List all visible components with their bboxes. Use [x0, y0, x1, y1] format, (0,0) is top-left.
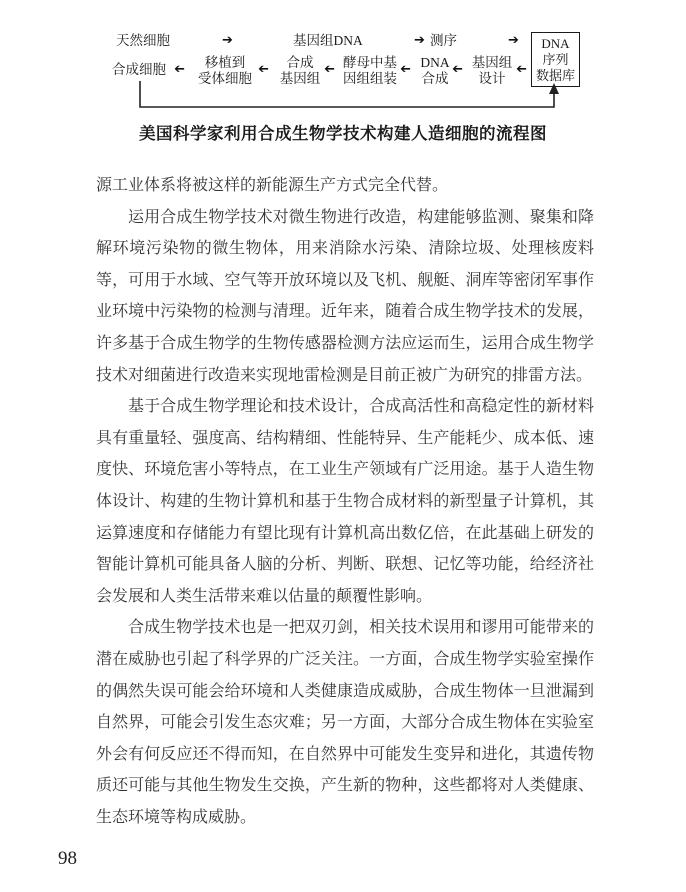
- paragraph: 合成生物学技术也是一把双刃剑，相关技术误用和谬用可能带来的潜在威胁也引起了科学界…: [96, 612, 594, 833]
- node-genome-design: 基因组 设计: [466, 55, 518, 86]
- node-yeast-genome-assembly: 酵母中基 因组组装: [340, 55, 400, 86]
- arrow-right-icon: ➔: [222, 33, 233, 49]
- node-label-line: 基因组: [280, 71, 321, 86]
- arrow-left-icon: ➔: [452, 62, 463, 78]
- arrow-right-icon: ➔: [414, 33, 425, 49]
- node-label-line: 基因组: [472, 55, 513, 70]
- page-number: 98: [58, 848, 77, 870]
- article-body: 源工业体系将被这样的新能源生产方式完全代替。 运用合成生物学技术对微生物进行改造…: [96, 170, 594, 833]
- paragraph: 运用合成生物学技术对微生物进行改造，构建能够监测、聚集和降解环境污染物的微生物体…: [96, 202, 594, 392]
- arrow-left-icon: ➔: [516, 62, 527, 78]
- arrow-left-icon: ➔: [258, 62, 269, 78]
- node-label-line: DNA: [420, 55, 449, 70]
- node-dna-synthesis: DNA 合成: [415, 55, 455, 86]
- node-dna-sequence-database: DNA 序列 数据库: [531, 32, 580, 87]
- arrow-left-icon: ➔: [174, 62, 185, 78]
- node-label-line: 合成: [422, 71, 449, 86]
- node-sequencing: 测序: [430, 33, 457, 49]
- arrow-left-icon: ➔: [324, 62, 335, 78]
- node-transplant-to-recipient-cell: 移植到 受体细胞: [194, 55, 256, 86]
- db-box-line: DNA: [541, 36, 569, 52]
- db-box-line: 序列: [542, 52, 568, 68]
- paragraph: 源工业体系将被这样的新能源生产方式完全代替。: [96, 170, 594, 202]
- node-synthetic-cell: 合成细胞: [112, 62, 166, 78]
- arrow-right-icon: ➔: [508, 33, 519, 49]
- figure-caption: 美国科学家利用合成生物学技术构建人造细胞的流程图: [0, 120, 686, 144]
- arrow-left-icon: ➔: [400, 62, 411, 78]
- node-synthetic-genome: 合成 基因组: [274, 55, 326, 86]
- node-label-line: 受体细胞: [198, 71, 252, 86]
- paragraph: 基于合成生物学理论和技术设计，合成高活性和高稳定性的新材料具有重量轻、强度高、结…: [96, 391, 594, 612]
- node-label-line: 酵母中基: [343, 55, 397, 70]
- db-box-line: 数据库: [536, 68, 575, 84]
- node-natural-cell: 天然细胞: [116, 33, 170, 49]
- node-genome-dna: 基因组DNA: [293, 33, 363, 49]
- node-label-line: 移植到: [205, 55, 246, 70]
- node-label-line: 设计: [479, 71, 506, 86]
- document-page: 天然细胞 ➔ 基因组DNA ➔ 测序 ➔ DNA 序列 数据库 合成细胞 ➔ 移…: [0, 0, 686, 892]
- node-label-line: 因组组装: [343, 71, 397, 86]
- node-label-line: 合成: [287, 55, 314, 70]
